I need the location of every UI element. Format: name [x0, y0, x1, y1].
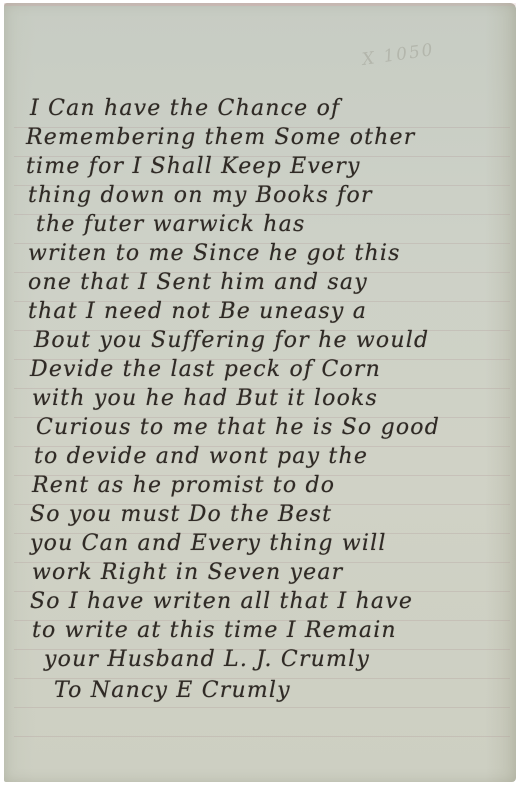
- letter-line: to write at this time I Remain: [32, 618, 397, 643]
- letter-line: Bout you Suffering for he would: [34, 328, 429, 353]
- faint-archive-marking: X 1050: [361, 40, 436, 70]
- letter-line: Remembering them Some other: [26, 125, 416, 150]
- letter-line: that I need not Be uneasy a: [28, 299, 367, 324]
- letter-page: X 1050 I Can have the Chance of Remember…: [4, 3, 516, 782]
- ruled-line: [14, 707, 510, 708]
- letter-line: Curious to me that he is So good: [36, 415, 440, 440]
- letter-line: Rent as he promist to do: [32, 473, 335, 498]
- letter-line: I Can have the Chance of: [30, 96, 340, 121]
- letter-line: to devide and wont pay the: [34, 444, 368, 469]
- letter-line: So you must Do the Best: [30, 502, 332, 527]
- letter-line: So I have writen all that I have: [30, 589, 413, 614]
- letter-line: the futer warwick has: [36, 212, 305, 237]
- letter-line: writen to me Since he got this: [28, 241, 401, 266]
- letter-line: with you he had But it looks: [32, 386, 378, 411]
- letter-line: work Right in Seven year: [32, 560, 343, 585]
- signature-line: your Husband L. J. Crumly: [44, 647, 370, 672]
- letter-line: you Can and Every thing will: [30, 531, 387, 556]
- letter-line: thing down on my Books for: [28, 183, 373, 208]
- addressee-line: To Nancy E Crumly: [54, 678, 291, 703]
- letter-line: time for I Shall Keep Every: [26, 154, 361, 179]
- ruled-line: [14, 736, 510, 737]
- letter-line: Devide the last peck of Corn: [30, 357, 381, 382]
- letter-line: one that I Sent him and say: [28, 270, 368, 295]
